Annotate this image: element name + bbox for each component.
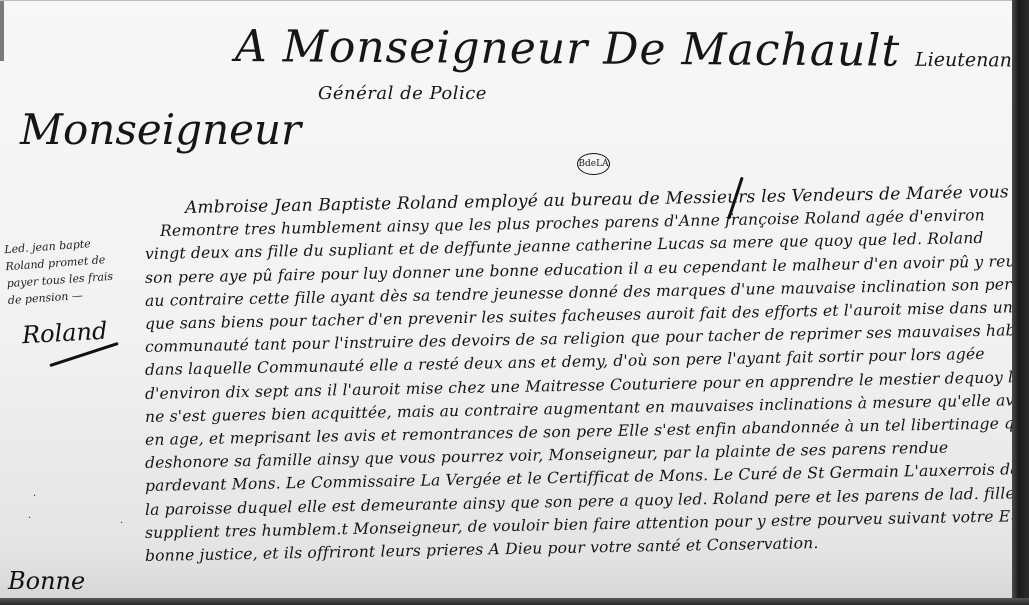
manuscript-page: A Monseigneur De Machault Lieutenant Gén… <box>0 0 1012 599</box>
scan-edge-bottom <box>0 598 1029 605</box>
scan-edge-left <box>0 1 4 61</box>
footer-word: Bonne <box>8 567 85 595</box>
margin-annotation: Led. jean bapte Roland promet de payer t… <box>4 233 128 309</box>
address-line: A Monseigneur De Machault Lieutenant <box>235 21 1020 77</box>
margin-signature: Roland <box>21 317 108 349</box>
ink-speck: · <box>28 513 31 524</box>
salutation: Monseigneur <box>20 105 301 154</box>
address-subtitle: Général de Police <box>318 83 487 104</box>
petition-body: Ambroise Jean Baptiste Roland employé au… <box>145 197 1005 568</box>
scan-edge-right <box>1012 0 1029 605</box>
archive-stamp: BdeLA <box>577 153 610 175</box>
ink-speck: · <box>33 491 36 502</box>
address-suffix: Lieutenant <box>915 49 1020 72</box>
address-recipient: A Monseigneur De Machault <box>235 21 900 77</box>
ink-speck: · <box>120 518 123 529</box>
